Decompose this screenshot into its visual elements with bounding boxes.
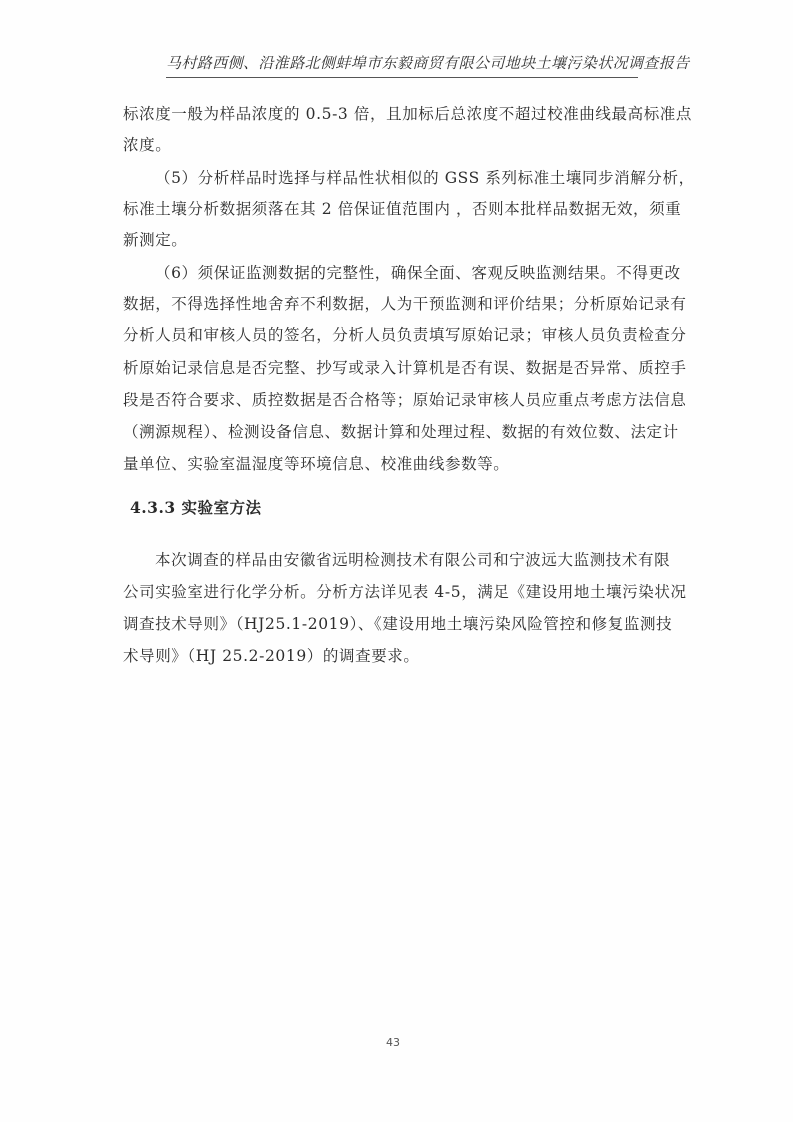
body-line: 本次调查的样品由安徽省远明检测技术有限公司和宁波远大监测技术有限 — [155, 548, 670, 570]
body-line: 数据，不得选择性地舍弃不利数据，人为干预监测和评价结果；分析原始记录有 — [123, 292, 687, 314]
body-line: 浓度。 — [123, 133, 171, 155]
body-line: 新测定。 — [123, 228, 187, 250]
document-page: 马村路西侧、沿淮路北侧蚌埠市东毅商贸有限公司地块土壤污染状况调查报告 标浓度一般… — [0, 0, 793, 1122]
section-heading: 4.3.3 实验室方法 — [130, 496, 262, 518]
header-divider — [166, 77, 638, 78]
body-line: 析原始记录信息是否完整、抄写或录入计算机是否有误、数据是否异常、质控手 — [123, 356, 687, 378]
body-line: 分析人员和审核人员的签名，分析人员负责填写原始记录；审核人员负责检查分 — [123, 323, 687, 345]
body-line: （5）分析样品时选择与样品性状相似的 GSS 系列标准土壤同步消解分析， — [155, 166, 695, 188]
body-line: 量单位、实验室温湿度等环境信息、校准曲线参数等。 — [123, 452, 509, 474]
body-line: 调查技术导则》（HJ25.1-2019）、《建设用地土壤污染风险管控和修复监测技 — [123, 612, 672, 634]
page-number: 43 — [386, 1036, 400, 1049]
body-line: 公司实验室进行化学分析。分析方法详见表 4-5，满足《建设用地土壤污染状况 — [123, 580, 687, 602]
body-line: 标准土壤分析数据须落在其 2 倍保证值范围内 ，否则本批样品数据无效，须重 — [123, 197, 681, 219]
body-line: （6）须保证监测数据的完整性，确保全面、客观反映监测结果。不得更改 — [155, 261, 681, 283]
body-line: 段是否符合要求、质控数据是否合格等；原始记录审核人员应重点考虑方法信息 — [123, 388, 687, 410]
body-line: 标浓度一般为样品浓度的 0.5-3 倍，且加标后总浓度不超过校准曲线最高标准点 — [123, 102, 692, 124]
running-header: 马村路西侧、沿淮路北侧蚌埠市东毅商贸有限公司地块土壤污染状况调查报告 — [166, 52, 638, 73]
body-line: （溯源规程）、检测设备信息、数据计算和处理过程、数据的有效位数、法定计 — [123, 420, 679, 442]
body-line: 术导则》（HJ 25.2-2019）的调查要求。 — [123, 644, 420, 666]
